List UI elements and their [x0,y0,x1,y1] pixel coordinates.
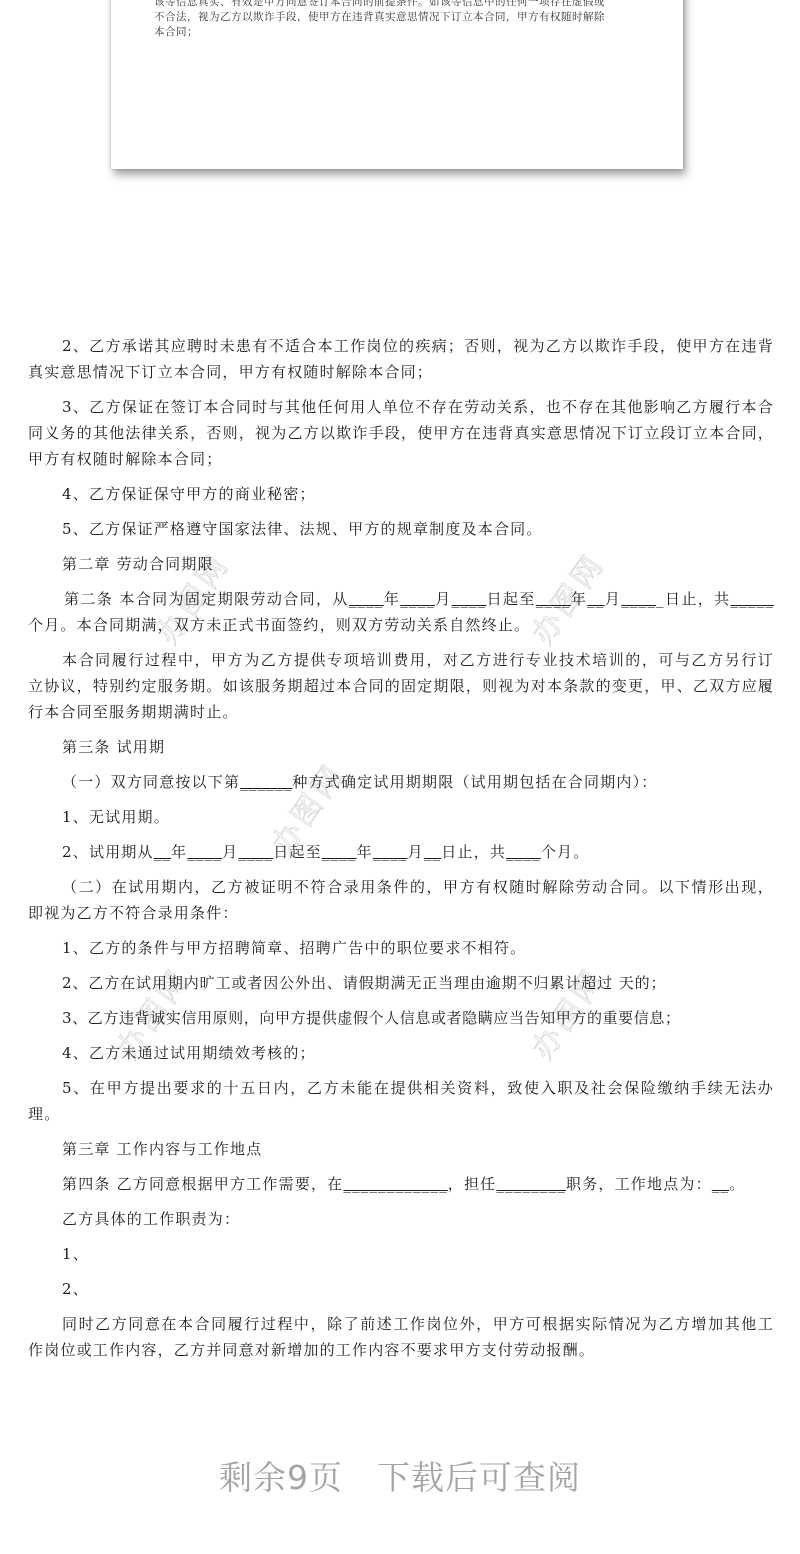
text: _日止，共 [656,590,730,608]
text: 种方式确定试用期期限（试用期包括在合同期内）： [292,773,657,791]
download-hint-label: 下载后可查阅 [377,1458,581,1497]
text: 月 [605,590,622,608]
blank: ____ [322,843,357,861]
text: 年 [171,843,187,861]
text: 日起至 [273,843,322,861]
blank: ____ [621,590,656,608]
preview-line: 本合同； [154,25,644,40]
text: 个月。本合同期满，双方未正式书面签约，则双方劳动关系自然终止。 [28,616,530,634]
chapter-heading: 第三章 工作内容与工作地点 [28,1136,774,1162]
preview-line: 该等信息真实、有效是甲方同意签订本合同的前提条件。如该等信息中的任何一项存在虚假… [154,0,644,10]
blank: ________ [496,1175,566,1193]
text: ，担任 [448,1175,497,1193]
preview-line: 不合法，视为乙方以欺诈手段，使甲方在违背真实意思情况下订立本合同，甲方有权随时解… [154,10,644,25]
text: 。 [729,1175,745,1193]
text: 月 [222,843,238,861]
clause-item: 1、无试用期。 [28,804,774,830]
text: 日起至 [486,590,535,608]
clause-item: 3、乙方保证在签订本合同时与其他任何用人单位不存在劳动关系，也不存在其他影响乙方… [28,394,774,472]
blank: __ [587,590,604,608]
clause-item: 4、乙方未通过试用期绩效考核的； [28,1040,774,1066]
text: 职务，工作地点为： [566,1175,712,1193]
clause-item: 3、乙方违背诚实信用原则，向甲方提供虚假个人信息或者隐瞒应当告知甲方的重要信息； [28,1005,774,1031]
article-heading: 第三条 试用期 [28,734,774,760]
blank: ______ [240,773,292,791]
clause-item: 本合同履行过程中，甲方为乙方提供专项培训费用，对乙方进行专业技术培训的，可与乙方… [28,647,774,725]
clause-item: 1、 [28,1241,774,1267]
blank: ____ [238,843,273,861]
blank: ____ [506,843,541,861]
blank: __ [424,843,441,861]
document-body: 2、乙方承诺其应聘时未患有不适合本工作岗位的疾病；否则，视为乙方以欺诈手段，使甲… [28,333,774,1372]
blank: __ [712,1175,729,1193]
text: 年 [571,590,588,608]
clause-item: 乙方具体的工作职责为： [28,1206,774,1232]
blank: ____ [452,590,487,608]
blank: ____ [400,590,435,608]
clause-item: 5、乙方保证严格遵守国家法律、法规、甲方的规章制度及本合同。 [28,516,774,542]
clause-item: 5、在甲方提出要求的十五日内，乙方未能在提供相关资料，致使入职及社会保险缴纳手续… [28,1075,774,1127]
clause-item: 2、 [28,1276,774,1302]
download-to-view-more[interactable]: 剩余9页下载后可查阅 [0,1452,800,1499]
text: （一）双方同意按以下第 [62,773,240,791]
clause-probation-period: 2、试用期从__年____月____日起至____年____月__日止，共___… [28,839,774,865]
blank: ____ [187,843,222,861]
blank: ____ [349,590,384,608]
blank: _____ [731,590,775,608]
text: 第四条 乙方同意根据甲方工作需要，在 [62,1175,343,1193]
clause-item: 2、乙方在试用期内旷工或者因公外出、请假期满无正当理由逾期不归累计超过 天的； [28,970,774,996]
preview-page-text: 址（自传、工作履历、所获奖项等情况）、健康状况等个人信息真实、合法、有效，已如实… [154,0,644,40]
chapter-heading: 第二章 劳动合同期限 [28,551,774,577]
blank: __ [154,843,171,861]
clause-article-4: 第四条 乙方同意根据甲方工作需要，在____________，担任_______… [28,1171,774,1197]
clause-item: 1、乙方的条件与甲方招聘简章、招聘广告中的职位要求不相符。 [28,935,774,961]
preview-page-card: 址（自传、工作履历、所获奖项等情况）、健康状况等个人信息真实、合法、有效，已如实… [111,0,683,169]
text: 2、试用期从 [62,843,154,861]
clause-item: 4、乙方保证保守甲方的商业秘密； [28,481,774,507]
clause-item: （二）在试用期内，乙方被证明不符合录用条件的，甲方有权随时解除劳动合同。以下情形… [28,874,774,926]
text: 个月。 [541,843,590,861]
text: 月 [435,590,452,608]
text: 年 [384,590,401,608]
clause-item: 同时乙方同意在本合同履行过程中，除了前述工作岗位外，甲方可根据实际情况为乙方增加… [28,1311,774,1363]
text: 日止，共 [441,843,506,861]
text: 第二条 本合同为固定期限劳动合同，从 [64,590,349,608]
blank: ____________ [343,1175,447,1193]
text: 月 [408,843,424,861]
blank: ____ [373,843,408,861]
clause-probation-choice: （一）双方同意按以下第______种方式确定试用期期限（试用期包括在合同期内）： [28,769,774,795]
clause-article-2: 第二条 本合同为固定期限劳动合同，从____年____月____日起至____年… [28,586,774,638]
blank: ____ [536,590,571,608]
text: 年 [357,843,373,861]
remaining-pages-label: 剩余9页 [219,1458,343,1497]
clause-item: 2、乙方承诺其应聘时未患有不适合本工作岗位的疾病；否则，视为乙方以欺诈手段，使甲… [28,333,774,385]
